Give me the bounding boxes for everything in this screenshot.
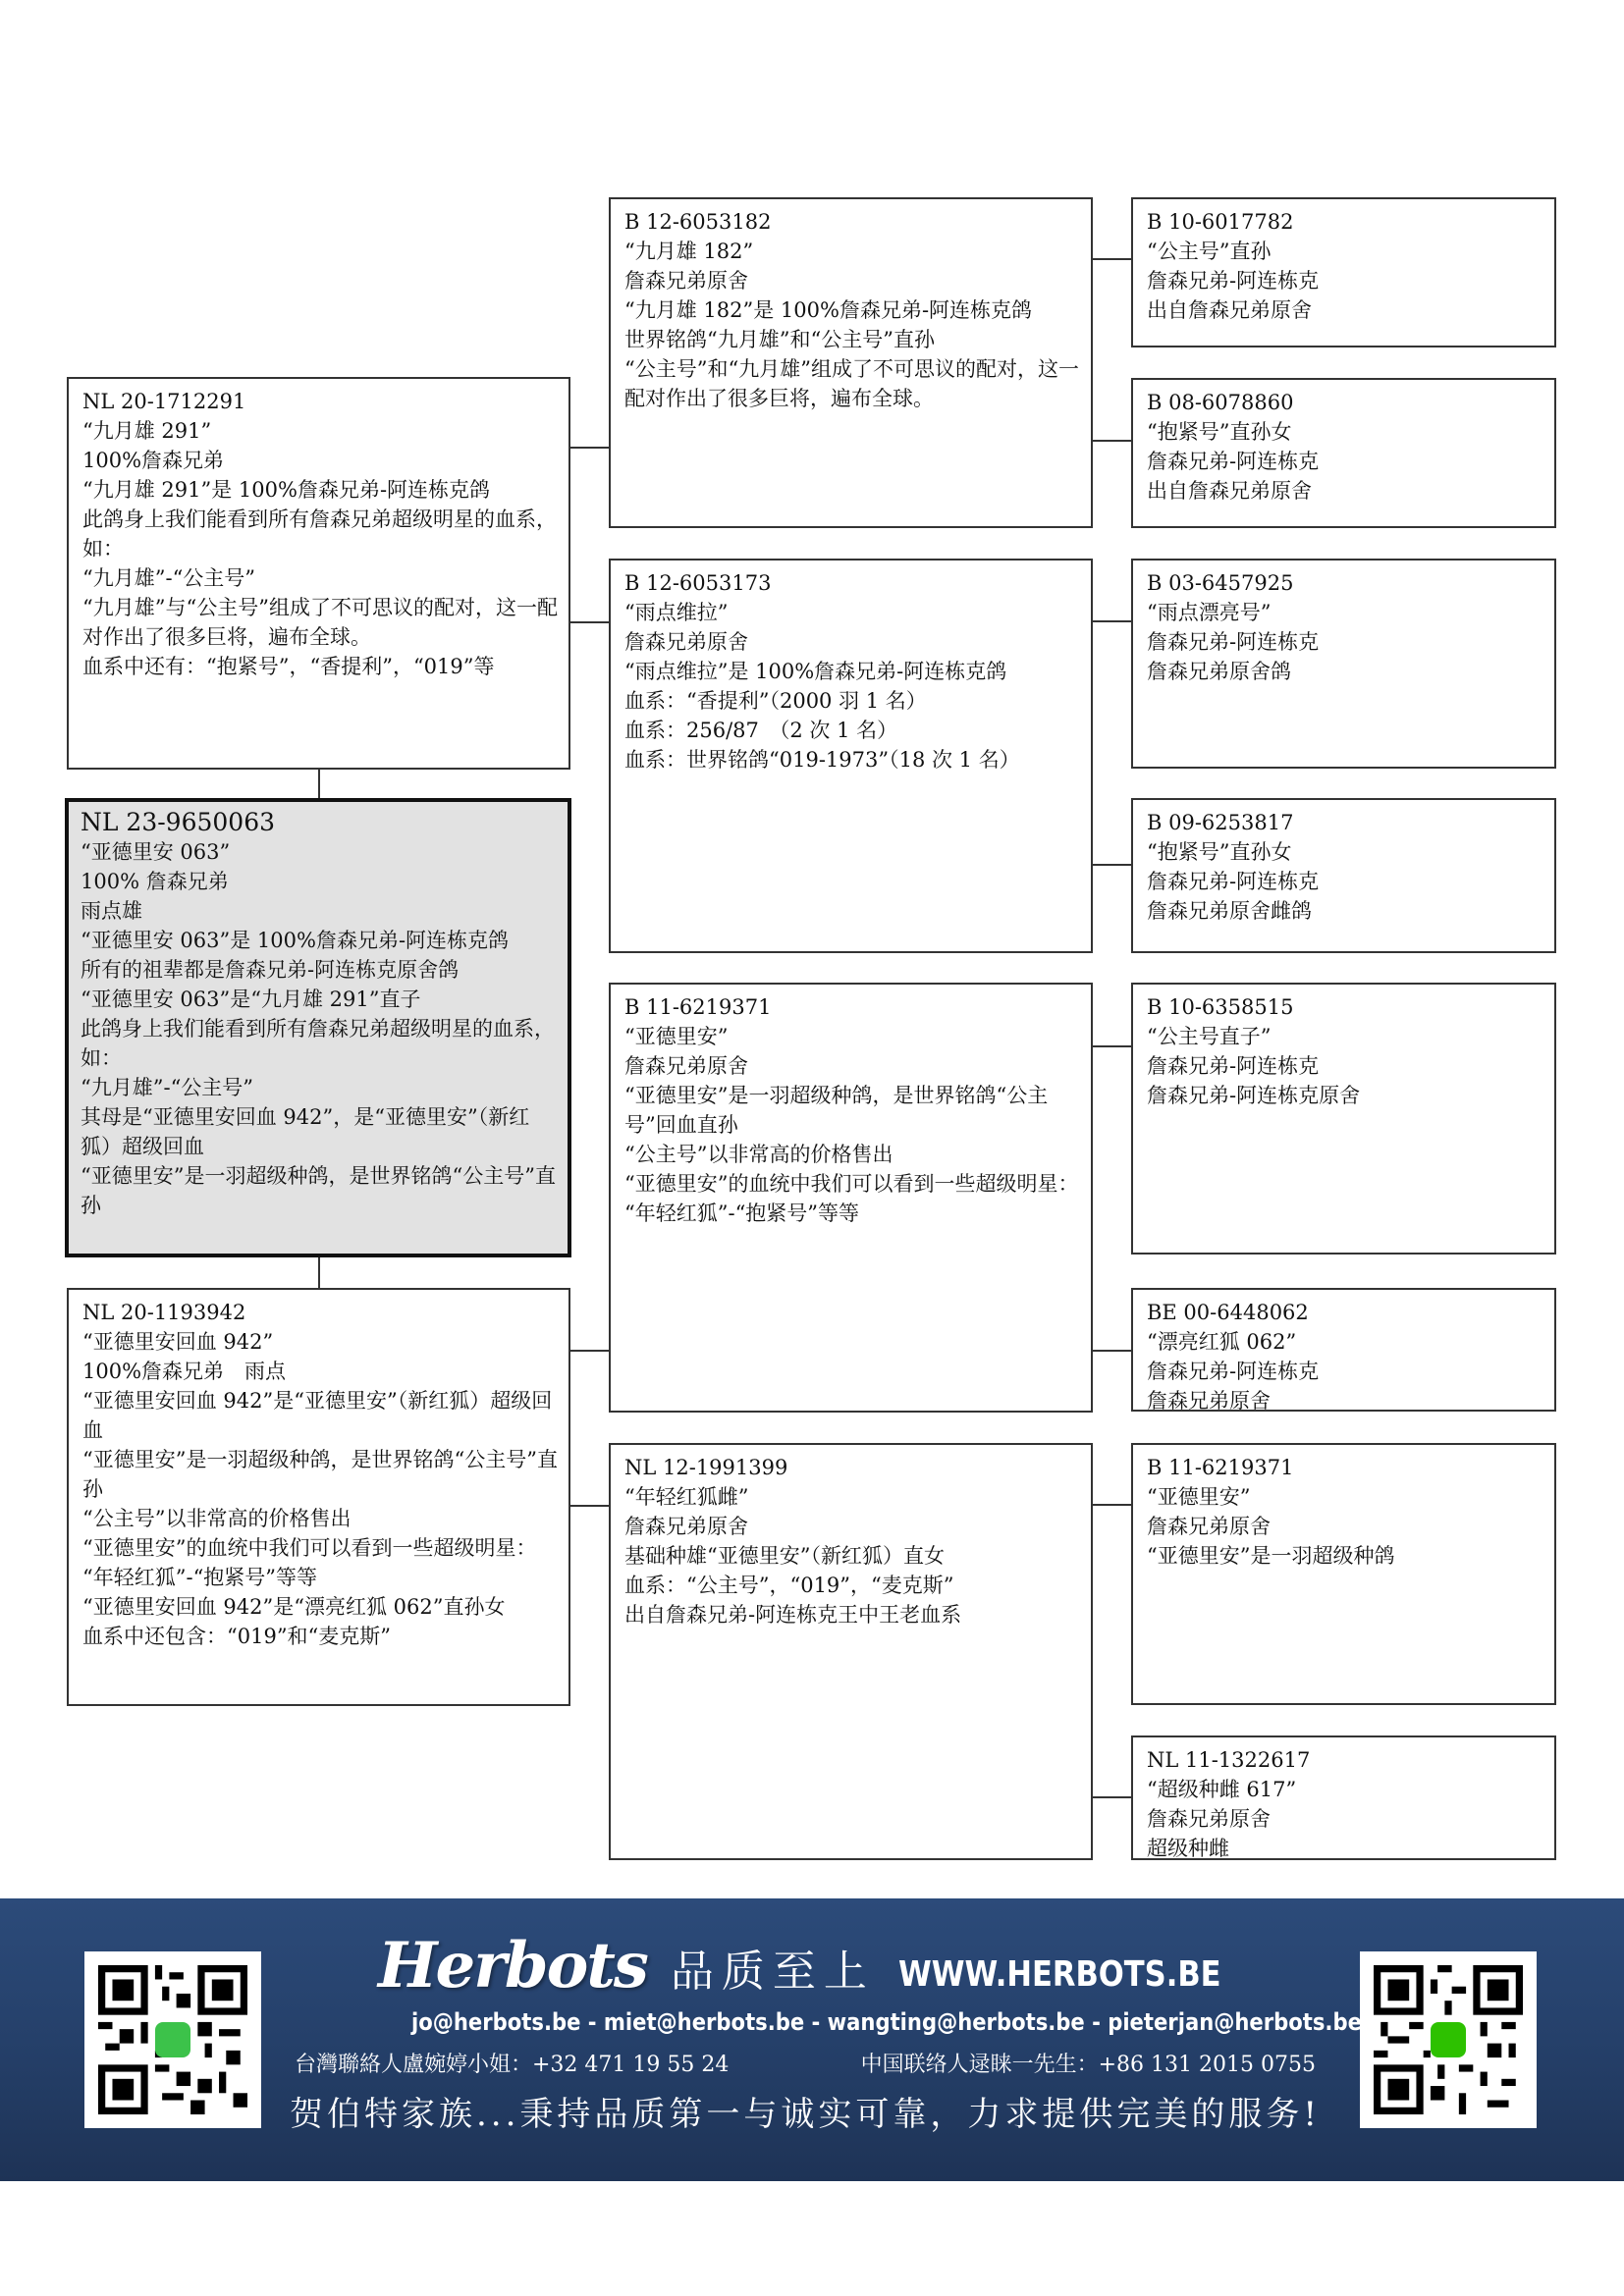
connector-dam-gp3	[570, 1350, 610, 1352]
ring-number: B 10-6358515	[1147, 992, 1544, 1022]
info-line: 血系：“香提利”（2000 羽 1 名）	[624, 686, 1081, 716]
pigeon-name: “超级种雌 617”	[1147, 1775, 1544, 1804]
ring-number: B 12-6053173	[624, 568, 1081, 598]
info-line: 100%詹森兄弟 雨点	[82, 1357, 559, 1386]
connector-subject-dam	[318, 1256, 320, 1288]
info-line: “亚德里安 063”是 100%詹森兄弟-阿连栋克鸽	[81, 926, 558, 955]
info-line: “雨点维拉”是 100%詹森兄弟-阿连栋克鸽	[624, 657, 1081, 686]
info-line: 所有的祖辈都是詹森兄弟-阿连栋克原舍鸽	[81, 955, 558, 985]
ring-number: NL 12-1991399	[624, 1453, 1081, 1482]
pigeon-name: “漂亮红狐 062”	[1147, 1327, 1544, 1357]
info-line: 世界铭鸽“九月雄”和“公主号”直孙	[624, 325, 1081, 354]
contacts-row: 台灣聯絡人盧婉婷小姐：+32 471 19 55 24 中国联络人逯睐一先生：+…	[295, 2048, 1316, 2078]
pigeon-name: “亚德里安”	[624, 1022, 1081, 1051]
pigeon-name: “亚德里安回血 942”	[82, 1327, 559, 1357]
pigeon-name: “亚德里安 063”	[81, 837, 558, 867]
pigeon-name: “公主号直子”	[1147, 1022, 1544, 1051]
subject-card: NL 23-9650063 “亚德里安 063” 100% 詹森兄弟 雨点雄 “…	[65, 798, 571, 1257]
grandparent-card-2: B 12-6053173 “雨点维拉” 詹森兄弟原舍 “雨点维拉”是 100%詹…	[609, 559, 1093, 953]
great-grandparent-card-6: BE 00-6448062 “漂亮红狐 062” 詹森兄弟-阿连栋克 詹森兄弟原…	[1131, 1288, 1556, 1412]
info-line: 詹森兄弟原舍	[624, 627, 1081, 657]
motto: 贺伯特家族...秉持品质第一与诚实可靠，力求提供完美的服务!	[285, 2087, 1326, 2135]
dam-card: NL 20-1193942 “亚德里安回血 942” 100%詹森兄弟 雨点 “…	[67, 1288, 570, 1706]
info-line: “公主号”以非常高的价格售出	[624, 1140, 1081, 1169]
ring-number: B 11-6219371	[624, 992, 1081, 1022]
pigeon-name: “雨点维拉”	[624, 598, 1081, 627]
website-link[interactable]: WWW.HERBOTS.BE	[898, 1954, 1221, 2002]
sire-card: NL 20-1712291 “九月雄 291” 100%詹森兄弟 “九月雄 29…	[67, 377, 570, 770]
line-qr-code[interactable]	[84, 1951, 261, 2128]
pigeon-name: “抱紧号”直孙女	[1147, 417, 1544, 447]
info-line: 出自詹森兄弟原舍	[1147, 476, 1544, 506]
info-line: 100%詹森兄弟	[82, 446, 559, 475]
info-line: 血系：“公主号”，“019”，“麦克斯”	[624, 1571, 1081, 1600]
great-grandparent-card-7: B 11-6219371 “亚德里安” 詹森兄弟原舍 “亚德里安”是一羽超级种鸽	[1131, 1443, 1556, 1705]
info-line: “九月雄 182”是 100%詹森兄弟-阿连栋克鸽	[624, 295, 1081, 325]
info-line: “公主号”和“九月雄”组成了不可思议的配对，这一配对作出了很多巨将，遍布全球。	[624, 354, 1081, 413]
connector-gp4-ggp8	[1092, 1796, 1132, 1798]
footer-banner: Herbots 品质至上 WWW.HERBOTS.BE jo@herbots.b…	[0, 1898, 1624, 2181]
info-line: 詹森兄弟-阿连栋克	[1147, 1357, 1544, 1386]
connector-gp1-ggp2	[1092, 440, 1132, 442]
info-line: 詹森兄弟原舍	[624, 1512, 1081, 1541]
info-line: 詹森兄弟原舍	[1147, 1804, 1544, 1834]
info-line: 詹森兄弟-阿连栋克	[1147, 266, 1544, 295]
ring-number: B 12-6053182	[624, 207, 1081, 237]
info-line: 基础种雄“亚德里安”（新红狐）直女	[624, 1541, 1081, 1571]
wechat-icon	[1431, 2022, 1466, 2057]
info-line: 詹森兄弟-阿连栋克	[1147, 1051, 1544, 1081]
info-line: “亚德里安”是一羽超级种鸽，是世界铭鸽“公主号”回血直孙	[624, 1081, 1081, 1140]
info-line: “亚德里安回血 942”是“漂亮红狐 062”直孙女	[82, 1592, 559, 1622]
ring-number: NL 20-1712291	[82, 387, 559, 416]
info-line: “九月雄 291”是 100%詹森兄弟-阿连栋克鸽	[82, 475, 559, 505]
connector-gp3-ggp6	[1092, 1350, 1132, 1352]
pigeon-name: “亚德里安”	[1147, 1482, 1544, 1512]
info-line: “亚德里安回血 942”是“亚德里安”（新红狐）超级回血	[82, 1386, 559, 1445]
info-line: “年轻红狐”-“抱紧号”等等	[624, 1199, 1081, 1228]
pigeon-name: “雨点漂亮号”	[1147, 598, 1544, 627]
great-grandparent-card-4: B 09-6253817 “抱紧号”直孙女 詹森兄弟-阿连栋克 詹森兄弟原舍雌鸽	[1131, 798, 1556, 953]
pigeon-name: “九月雄 291”	[82, 416, 559, 446]
ring-number: NL 11-1322617	[1147, 1745, 1544, 1775]
info-line: 血系：256/87 （2 次 1 名）	[624, 716, 1081, 745]
info-line: 血系中还有：“抱紧号”，“香提利”，“019”等	[82, 652, 559, 681]
info-line: “九月雄”-“公主号”	[81, 1073, 558, 1102]
brand-logo: Herbots	[378, 1929, 647, 2002]
connector-gp2-ggp3	[1092, 620, 1132, 622]
ring-number: NL 20-1193942	[82, 1298, 559, 1327]
ring-number: B 08-6078860	[1147, 388, 1544, 417]
info-line: 詹森兄弟原舍	[1147, 1512, 1544, 1541]
ring-number: BE 00-6448062	[1147, 1298, 1544, 1327]
info-line: 詹森兄弟-阿连栋克	[1147, 627, 1544, 657]
ring-number: B 10-6017782	[1147, 207, 1544, 237]
info-line: “亚德里安”的血统中我们可以看到一些超级明星：	[624, 1169, 1081, 1199]
ring-number: B 11-6219371	[1147, 1453, 1544, 1482]
line-icon	[155, 2022, 190, 2057]
info-line: 血系中还包含：“019”和“麦克斯”	[82, 1622, 559, 1651]
great-grandparent-card-8: NL 11-1322617 “超级种雌 617” 詹森兄弟原舍 超级种雌	[1131, 1735, 1556, 1860]
connector-sire-subject	[318, 769, 320, 799]
info-line: “九月雄”与“公主号”组成了不可思议的配对，这一配对作出了很多巨将，遍布全球。	[82, 593, 559, 652]
connector-sire-gp1	[570, 447, 610, 449]
grandparent-card-3: B 11-6219371 “亚德里安” 詹森兄弟原舍 “亚德里安”是一羽超级种鸽…	[609, 983, 1093, 1413]
wechat-qr-code[interactable]	[1360, 1951, 1537, 2128]
info-line: 此鸽身上我们能看到所有詹森兄弟超级明星的血系，如：	[81, 1014, 558, 1073]
pigeon-name: “抱紧号”直孙女	[1147, 837, 1544, 867]
info-line: “亚德里安 063”是“九月雄 291”直子	[81, 985, 558, 1014]
info-line: “亚德里安”的血统中我们可以看到一些超级明星：	[82, 1533, 559, 1563]
info-line: “亚德里安”是一羽超级种鸽，是世界铭鸽“公主号”直孙	[81, 1161, 558, 1220]
ring-number: NL 23-9650063	[81, 808, 558, 837]
connector-sire-gp2	[570, 621, 610, 623]
info-line: 此鸽身上我们能看到所有詹森兄弟超级明星的血系，如：	[82, 505, 559, 563]
brand-row: Herbots 品质至上 WWW.HERBOTS.BE	[378, 1924, 1277, 2002]
info-line: 出自詹森兄弟原舍	[1147, 295, 1544, 325]
info-line: 詹森兄弟-阿连栋克原舍	[1147, 1081, 1544, 1110]
info-line: 雨点雄	[81, 896, 558, 926]
info-line: 詹森兄弟-阿连栋克	[1147, 447, 1544, 476]
info-line: 超级种雌	[1147, 1834, 1544, 1860]
info-line: 詹森兄弟原舍	[624, 1051, 1081, 1081]
info-line: 100% 詹森兄弟	[81, 867, 558, 896]
connector-gp3-ggp5	[1092, 1045, 1132, 1047]
grandparent-card-1: B 12-6053182 “九月雄 182” 詹森兄弟原舍 “九月雄 182”是…	[609, 197, 1093, 528]
great-grandparent-card-5: B 10-6358515 “公主号直子” 詹森兄弟-阿连栋克 詹森兄弟-阿连栋克…	[1131, 983, 1556, 1255]
slogan: 品质至上	[671, 1936, 875, 2002]
ring-number: B 03-6457925	[1147, 568, 1544, 598]
info-line: “亚德里安”是一羽超级种鸽，是世界铭鸽“公主号”直孙	[82, 1445, 559, 1504]
info-line: “九月雄”-“公主号”	[82, 563, 559, 593]
email-list[interactable]: jo@herbots.be - miet@herbots.be - wangti…	[411, 2008, 1189, 2036]
connector-dam-gp4	[570, 1505, 610, 1507]
info-line: 詹森兄弟原舍	[1147, 1386, 1544, 1412]
info-line: 出自詹森兄弟-阿连栋克王中王老血系	[624, 1600, 1081, 1629]
pigeon-name: “九月雄 182”	[624, 237, 1081, 266]
contact-china: 中国联络人逯睐一先生：+86 131 2015 0755	[861, 2048, 1316, 2078]
grandparent-card-4: NL 12-1991399 “年轻红狐雌” 詹森兄弟原舍 基础种雄“亚德里安”（…	[609, 1443, 1093, 1860]
info-line: “亚德里安”是一羽超级种鸽	[1147, 1541, 1544, 1571]
connector-gp4-ggp7	[1092, 1504, 1132, 1506]
contact-taiwan: 台灣聯絡人盧婉婷小姐：+32 471 19 55 24	[295, 2048, 729, 2078]
info-line: 詹森兄弟原舍	[624, 266, 1081, 295]
great-grandparent-card-1: B 10-6017782 “公主号”直孙 詹森兄弟-阿连栋克 出自詹森兄弟原舍	[1131, 197, 1556, 347]
ring-number: B 09-6253817	[1147, 808, 1544, 837]
info-line: “年轻红狐”-“抱紧号”等等	[82, 1563, 559, 1592]
info-line: 血系：世界铭鸽“019-1973”（18 次 1 名）	[624, 745, 1081, 774]
pigeon-name: “年轻红狐雌”	[624, 1482, 1081, 1512]
great-grandparent-card-3: B 03-6457925 “雨点漂亮号” 詹森兄弟-阿连栋克 詹森兄弟原舍鸽	[1131, 559, 1556, 769]
info-line: 詹森兄弟原舍雌鸽	[1147, 896, 1544, 926]
connector-gp1-ggp1	[1092, 258, 1132, 260]
info-line: “公主号”以非常高的价格售出	[82, 1504, 559, 1533]
pigeon-name: “公主号”直孙	[1147, 237, 1544, 266]
connector-gp2-ggp4	[1092, 864, 1132, 866]
info-line: 其母是“亚德里安回血 942”，是“亚德里安”（新红狐）超级回血	[81, 1102, 558, 1161]
info-line: 詹森兄弟-阿连栋克	[1147, 867, 1544, 896]
great-grandparent-card-2: B 08-6078860 “抱紧号”直孙女 詹森兄弟-阿连栋克 出自詹森兄弟原舍	[1131, 378, 1556, 528]
info-line: 詹森兄弟原舍鸽	[1147, 657, 1544, 686]
